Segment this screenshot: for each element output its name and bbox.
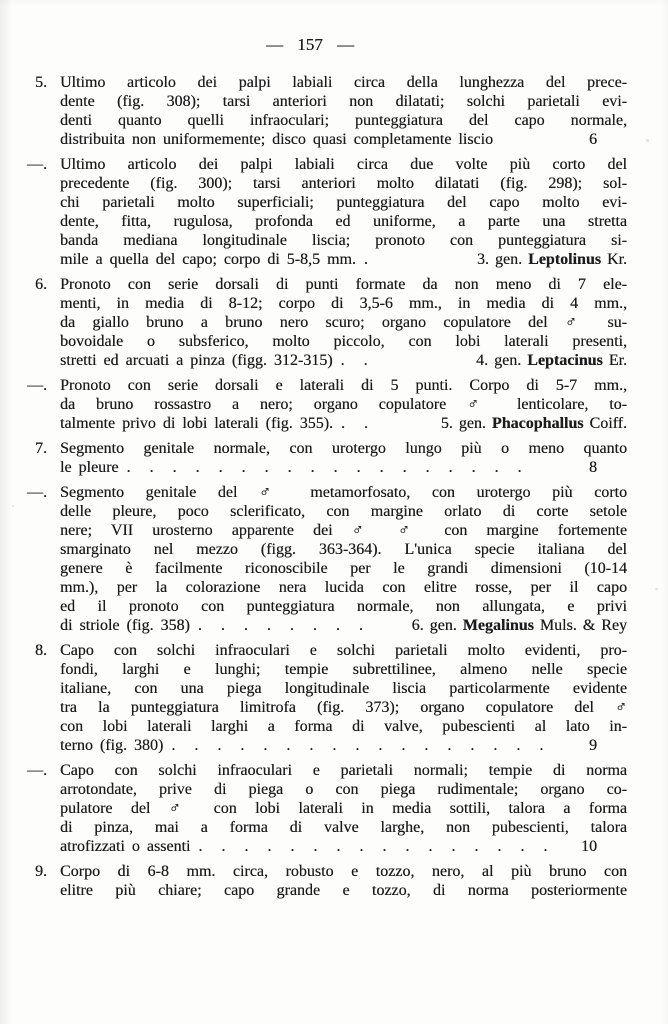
entry-answer-genus: 6. gen. Megalinus Muls. & Rey	[412, 616, 627, 635]
entry-line: Capo con solchi infraoculari e parietali…	[60, 761, 627, 780]
entry-final-text: terno (fig. 380)	[60, 736, 163, 755]
entry-line: chi parietali molto superficiali; punteg…	[60, 193, 627, 212]
entry-body: Capo con solchi infraoculari e solchi pa…	[60, 641, 627, 755]
entry-body: Ultimo articolo dei palpi labiali circa …	[60, 73, 627, 149]
entry-final-text: mile a quella del capo; corpo di 5-8,5 m…	[60, 250, 356, 269]
entry-line: pulatore del ♂ con lobi laterali in medi…	[60, 799, 627, 818]
key-entry: —.Ultimo articolo dei palpi labiali circ…	[0, 155, 668, 269]
entry-marker: —.	[0, 155, 60, 269]
key-entry: 5.Ultimo articolo dei palpi labiali circ…	[0, 73, 668, 149]
entry-answer-number: 8	[589, 458, 597, 477]
dot-leader: . . . . . . . . . . . . . . . . .	[163, 736, 589, 755]
entry-final-line: stretti ed arcuati a pinza (figg. 312-31…	[60, 351, 627, 370]
entry-line: con lobi laterali larghi a forma di valv…	[60, 717, 627, 736]
entry-final-line: talmente privo di lobi laterali (fig. 35…	[60, 414, 627, 433]
entry-line: da giallo bruno a bruno nero scuro; orga…	[60, 313, 627, 332]
entry-final-line: le pleure. . . . . . . . . . . . . . . .…	[60, 458, 627, 477]
entry-final-text: di striole (fig. 358)	[60, 616, 190, 635]
entry-answer-number: 10	[581, 837, 597, 856]
entry-line: italiane, con una piega longitudinale li…	[60, 679, 627, 698]
scan-speck	[646, 139, 649, 142]
dichotomous-key-entries: 5.Ultimo articolo dei palpi labiali circ…	[0, 73, 668, 900]
entry-line: dente (fig. 308); tarsi anteriori non di…	[60, 92, 627, 111]
entry-marker: —.	[0, 483, 60, 635]
genus-name: Leptacinus	[527, 352, 603, 369]
entry-answer-number: 6	[589, 130, 597, 149]
entry-body: Corpo di 6-8 mm. circa, robusto e tozzo,…	[60, 862, 627, 900]
scan-speck	[655, 588, 658, 590]
key-entry: 6.Pronoto con serie dorsali di punti for…	[0, 275, 668, 370]
entry-line: dente, fitta, rugulosa, profonda ed unif…	[60, 212, 627, 231]
entry-final-text: le pleure	[60, 458, 119, 477]
key-entry: —.Segmento genitale del ♂ metamorfosato,…	[0, 483, 668, 635]
scanned-book-page: — 157 — 5.Ultimo articolo dei palpi labi…	[0, 0, 668, 1024]
entry-line: Corpo di 6-8 mm. circa, robusto e tozzo,…	[60, 862, 627, 881]
entry-body: Pronoto con serie dorsali di punti forma…	[60, 275, 627, 370]
page-number: — 157 —	[0, 0, 620, 55]
entry-body: Capo con solchi infraoculari e parietali…	[60, 761, 627, 856]
entry-marker: 9.	[0, 862, 60, 900]
key-entry: —.Pronoto con serie dorsali e laterali d…	[0, 376, 668, 433]
scan-speck	[12, 505, 14, 507]
entry-final-line: atrofizzati o assenti. . . . . . . . . .…	[60, 837, 627, 856]
entry-marker: —.	[0, 376, 60, 433]
entry-line: Capo con solchi infraoculari e solchi pa…	[60, 641, 627, 660]
entry-line: banda mediana longitudinale liscia; pron…	[60, 231, 627, 250]
entry-answer-genus: 5. gen. Phacophallus Coiff.	[441, 414, 627, 433]
key-entry: —.Capo con solchi infraoculari e parieta…	[0, 761, 668, 856]
entry-marker: 5.	[0, 73, 60, 149]
entry-body: Ultimo articolo dei palpi labiali circa …	[60, 155, 627, 269]
entry-line: precedente (fig. 300); tarsi anteriori m…	[60, 174, 627, 193]
entry-marker: 6.	[0, 275, 60, 370]
entry-final-text: stretti ed arcuati a pinza (figg. 312-31…	[60, 351, 333, 370]
entry-line: Ultimo articolo dei palpi labiali circa …	[60, 155, 627, 174]
entry-marker: 8.	[0, 641, 60, 755]
entry-line: tra la punteggiatura limitrofa (fig. 373…	[60, 698, 627, 717]
dot-leader: .	[356, 250, 477, 269]
entry-final-line: terno (fig. 380). . . . . . . . . . . . …	[60, 736, 627, 755]
entry-line: di pinza, mai a forma di valve larghe, n…	[60, 818, 627, 837]
entry-line: bovoidale o subsferico, molto piccolo, c…	[60, 332, 627, 351]
dot-leader: . . . . . . . . . . . . . . . .	[190, 837, 581, 856]
entry-line: smarginato nel mezzo (figg. 363-364). L'…	[60, 540, 627, 559]
entry-line: menti, in media di 8-12; corpo di 3,5-6 …	[60, 294, 627, 313]
entry-line: arrotondate, prive di piega o con piega …	[60, 780, 627, 799]
entry-final-text: distribuita non uniformemente; disco qua…	[60, 130, 493, 149]
dot-leader: . .	[333, 414, 441, 433]
entry-line: Pronoto con serie dorsali e laterali di …	[60, 376, 627, 395]
entry-line: delle pleure, poco sclerificato, con mar…	[60, 502, 627, 521]
entry-line: da bruno rossastro a nero; organo copula…	[60, 395, 627, 414]
entry-line: elitre più chiare; capo grande e tozzo, …	[60, 881, 627, 900]
key-entry: 8.Capo con solchi infraoculari e solchi …	[0, 641, 668, 755]
dot-leader: . . . . . . . . . . . . . . . . . .	[119, 458, 589, 477]
entry-marker: —.	[0, 761, 60, 856]
entry-line: denti quanto quelli infraoculari; punteg…	[60, 111, 627, 130]
key-entry: 7.Segmento genitale normale, con uroterg…	[0, 439, 668, 477]
dot-leader: . .	[333, 351, 477, 370]
genus-name: Megalinus	[463, 617, 534, 634]
genus-name: Leptolinus	[528, 251, 601, 268]
entry-line: ed il pronoto con punteggiatura normale,…	[60, 597, 627, 616]
entry-answer-genus: 3. gen. Leptolinus Kr.	[477, 250, 627, 269]
entry-marker: 7.	[0, 439, 60, 477]
dot-leader: . . . . . . . .	[190, 616, 412, 635]
key-entry: 9.Corpo di 6-8 mm. circa, robusto e tozz…	[0, 862, 668, 900]
entry-answer-number: 9	[589, 736, 597, 755]
entry-answer-genus: 4. gen. Leptacinus Er.	[476, 351, 627, 370]
entry-line: nere; VII urosterno apparente dei ♂ ♂ co…	[60, 521, 627, 540]
entry-final-line: distribuita non uniformemente; disco qua…	[60, 130, 627, 149]
entry-body: Segmento genitale del ♂ metamorfosato, c…	[60, 483, 627, 635]
entry-line: genere è facilmente riconoscibile per le…	[60, 559, 627, 578]
entry-final-text: atrofizzati o assenti	[60, 837, 190, 856]
entry-body: Segmento genitale normale, con urotergo …	[60, 439, 627, 477]
entry-final-line: di striole (fig. 358). . . . . . . .6. g…	[60, 616, 627, 635]
entry-line: Pronoto con serie dorsali di punti forma…	[60, 275, 627, 294]
entry-final-text: talmente privo di lobi laterali (fig. 35…	[60, 414, 333, 433]
genus-name: Phacophallus	[492, 415, 584, 432]
entry-line: fondi, larghi e lunghi; tempie subrettil…	[60, 660, 627, 679]
entry-line: Ultimo articolo dei palpi labiali circa …	[60, 73, 627, 92]
entry-final-line: mile a quella del capo; corpo di 5-8,5 m…	[60, 250, 627, 269]
entry-line: Segmento genitale normale, con urotergo …	[60, 439, 627, 458]
entry-line: Segmento genitale del ♂ metamorfosato, c…	[60, 483, 627, 502]
entry-body: Pronoto con serie dorsali e laterali di …	[60, 376, 627, 433]
entry-line: mm.), per la colorazione nera lucida con…	[60, 578, 627, 597]
